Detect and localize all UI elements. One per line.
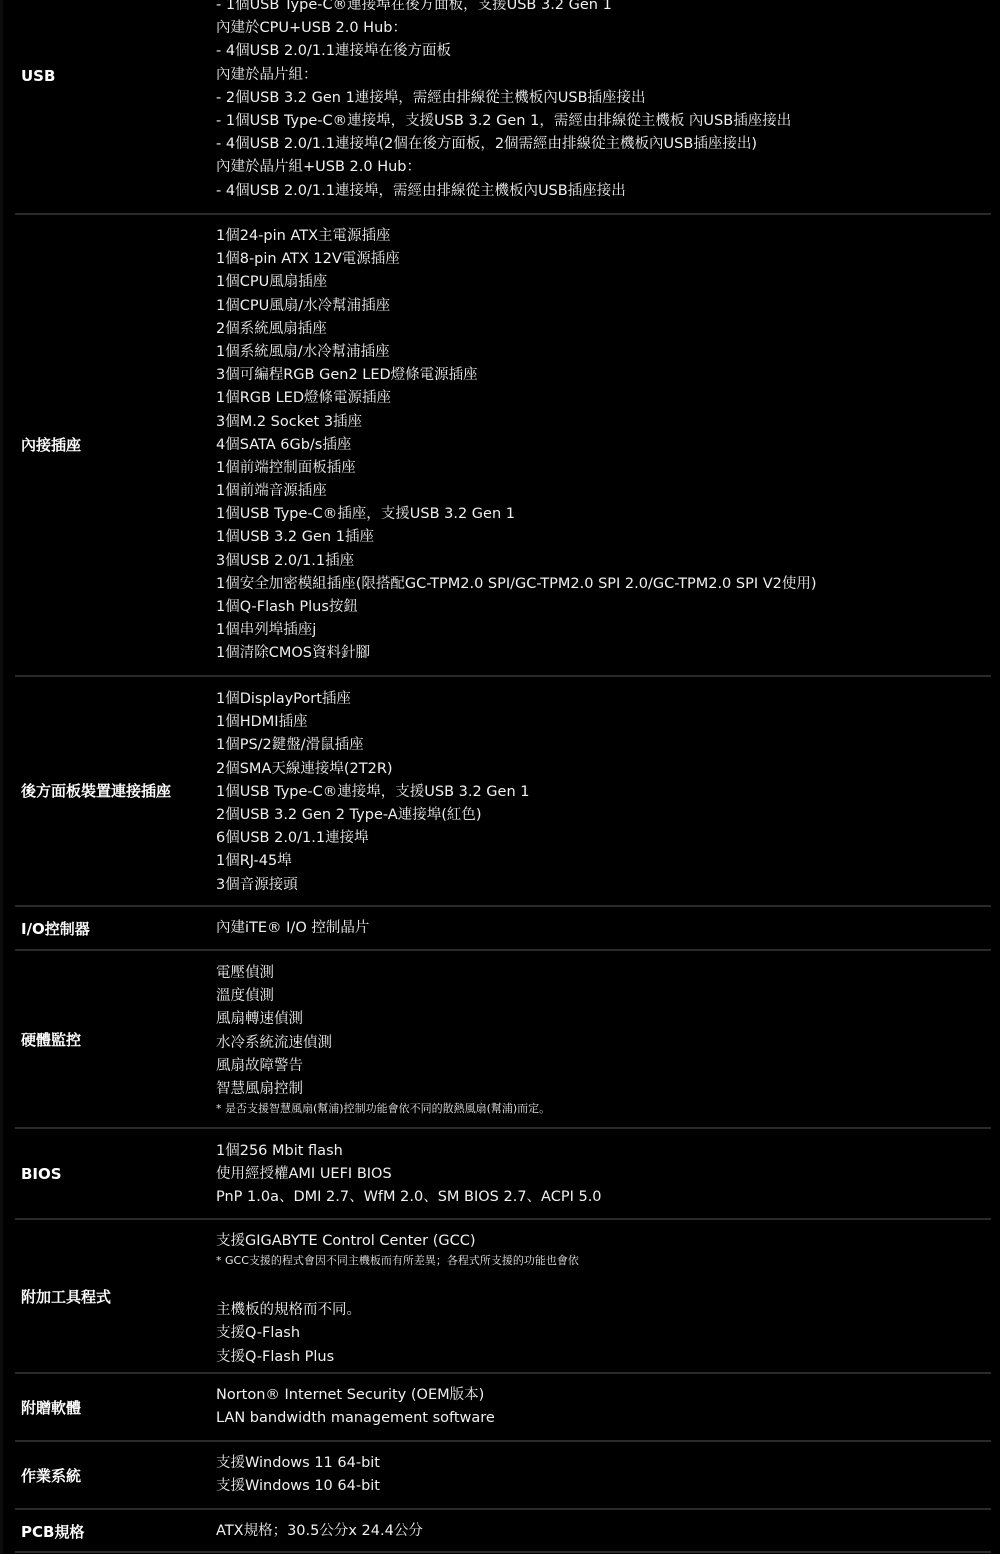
spacer [216,1269,991,1299]
spec-line: 3個音源接頭 [216,874,991,897]
spec-line: 1個24-pin ATX主電源插座 [216,225,991,248]
spec-line: 2個SMA天線連接埠(2T2R) [216,758,991,781]
spec-row-rear-panel: 後方面板裝置連接插座 1個DisplayPort插座 1個HDMI插座 1個PS… [15,677,991,907]
spec-line: 1個PS/2鍵盤/滑鼠插座 [216,734,991,757]
spec-row-hardware-monitor: 硬體監控 電壓偵測 溫度偵測 風扇轉速偵測 水冷系統流速偵測 風扇故障警告 智慧… [15,951,991,1129]
spec-line: 1個256 Mbit flash [216,1140,991,1163]
spec-label: 後方面板裝置連接插座 [21,781,171,801]
spec-line: 2個USB 3.2 Gen 2 Type-A連接埠(紅色) [216,804,991,827]
spec-line: ATX規格；30.5公分x 24.4公分 [216,1520,991,1543]
spec-label: I/O控制器 [21,919,90,939]
spec-line: 1個RGB LED燈條電源插座 [216,387,991,410]
spec-label: PCB規格 [21,1522,84,1542]
spec-label: 附加工具程式 [21,1287,111,1307]
spec-line: 支援GIGABYTE Control Center (GCC) [216,1230,991,1253]
spec-line: 1個8-pin ATX 12V電源插座 [216,248,991,271]
spec-line: 風扇轉速偵測 [216,1008,991,1031]
spec-values: - 1個USB Type-C®連接埠在後方面板，支援USB 3.2 Gen 1 … [216,0,991,203]
spec-values: 內建iTE® I/O 控制晶片 [216,917,991,940]
spec-label: 附贈軟體 [21,1398,81,1418]
spec-line: 主機板的規格而不同。 [216,1299,991,1322]
spec-line: 支援Q-Flash [216,1322,991,1345]
spec-footnote: * 是否支援智慧風扇(幫浦)控制功能會依不同的散熱風扇(幫浦)而定。 [216,1101,991,1117]
spec-label: BIOS [21,1164,62,1184]
spec-line: 2個系統風扇插座 [216,318,991,341]
spec-label: USB [21,66,55,86]
spec-line: 3個M.2 Socket 3插座 [216,411,991,434]
spec-line: 1個前端控制面板插座 [216,457,991,480]
spec-line: 內建於CPU+USB 2.0 Hub： [216,17,991,40]
spec-line: 溫度偵測 [216,985,991,1008]
spec-row-internal-connectors: 內接插座 1個24-pin ATX主電源插座 1個8-pin ATX 12V電源… [15,215,991,677]
spec-values: Norton® Internet Security (OEM版本) LAN ba… [216,1384,991,1430]
spec-line: 內建於晶片組+USB 2.0 Hub： [216,156,991,179]
spec-label: 作業系統 [21,1466,81,1486]
spec-line: 支援Windows 11 64-bit [216,1452,991,1475]
spec-line: Norton® Internet Security (OEM版本) [216,1384,991,1407]
spec-line: 1個CPU風扇/水冷幫浦插座 [216,295,991,318]
spec-line: 3個可編程RGB Gen2 LED燈條電源插座 [216,364,991,387]
spec-line: 支援Q-Flash Plus [216,1346,991,1369]
spec-line: 風扇故障警告 [216,1055,991,1078]
spec-line: 1個清除CMOS資料針腳 [216,642,991,665]
spec-line: 1個RJ-45埠 [216,850,991,873]
spec-line: 1個系統風扇/水冷幫浦插座 [216,341,991,364]
spec-values: 支援Windows 11 64-bit 支援Windows 10 64-bit [216,1452,991,1498]
spec-footnote: * GCC支援的程式會因不同主機板而有所差異；各程式所支援的功能也會依 [216,1253,991,1269]
spec-row-io-controller: I/O控制器 內建iTE® I/O 控制晶片 [15,907,991,951]
spec-line: 內建於晶片組： [216,64,991,87]
spec-values: 1個256 Mbit flash 使用經授權AMI UEFI BIOS PnP … [216,1140,991,1210]
spec-values: 支援GIGABYTE Control Center (GCC) * GCC支援的… [216,1230,991,1369]
spec-label: 內接插座 [21,435,81,455]
spec-line: 1個Q-Flash Plus按鈕 [216,596,991,619]
spec-line: 1個前端音源插座 [216,480,991,503]
spec-values: 1個DisplayPort插座 1個HDMI插座 1個PS/2鍵盤/滑鼠插座 2… [216,688,991,897]
spec-row-bundled-software: 附贈軟體 Norton® Internet Security (OEM版本) L… [15,1374,991,1442]
spec-line: 電壓偵測 [216,962,991,985]
spec-line: 6個USB 2.0/1.1連接埠 [216,827,991,850]
spec-line: 使用經授權AMI UEFI BIOS [216,1163,991,1186]
spec-line: - 2個USB 3.2 Gen 1連接埠，需經由排線從主機板內USB插座接出 [216,87,991,110]
spec-row-operating-system: 作業系統 支援Windows 11 64-bit 支援Windows 10 64… [15,1442,991,1510]
spec-line: 1個USB Type-C®連接埠，支援USB 3.2 Gen 1 [216,781,991,804]
spec-line: - 1個USB Type-C®連接埠，支援USB 3.2 Gen 1，需經由排線… [216,110,991,133]
page-frame: USB - 1個USB Type-C®連接埠在後方面板，支援USB 3.2 Ge… [0,0,1000,1554]
spec-line: 3個USB 2.0/1.1插座 [216,550,991,573]
spec-line: 1個USB Type-C®插座，支援USB 3.2 Gen 1 [216,503,991,526]
spec-values: 1個24-pin ATX主電源插座 1個8-pin ATX 12V電源插座 1個… [216,225,991,666]
spec-line: 支援Windows 10 64-bit [216,1475,991,1498]
spec-label: 硬體監控 [21,1030,81,1050]
spec-line: PnP 1.0a、DMI 2.7、WfM 2.0、SM BIOS 2.7、ACP… [216,1186,991,1209]
spec-line: 1個DisplayPort插座 [216,688,991,711]
spec-line: 1個USB 3.2 Gen 1插座 [216,526,991,549]
spec-row-usb: USB - 1個USB Type-C®連接埠在後方面板，支援USB 3.2 Ge… [15,0,991,215]
spec-row-utilities: 附加工具程式 支援GIGABYTE Control Center (GCC) *… [15,1220,991,1374]
spec-line: - 4個USB 2.0/1.1連接埠，需經由排線從主機板內USB插座接出 [216,180,991,203]
spec-row-bios: BIOS 1個256 Mbit flash 使用經授權AMI UEFI BIOS… [15,1129,991,1220]
spec-values: ATX規格；30.5公分x 24.4公分 [216,1520,991,1543]
spec-line: 1個HDMI插座 [216,711,991,734]
spec-line: 4個SATA 6Gb/s插座 [216,434,991,457]
spec-line: - 4個USB 2.0/1.1連接埠在後方面板 [216,40,991,63]
spec-line: 內建iTE® I/O 控制晶片 [216,917,991,940]
spec-line: 1個CPU風扇插座 [216,271,991,294]
spec-line: LAN bandwidth management software [216,1407,991,1430]
spec-row-pcb: PCB規格 ATX規格；30.5公分x 24.4公分 [15,1510,991,1553]
spec-line: 1個串列埠插座j [216,619,991,642]
spec-line: - 1個USB Type-C®連接埠在後方面板，支援USB 3.2 Gen 1 [216,0,991,17]
spec-line: - 4個USB 2.0/1.1連接埠(2個在後方面板，2個需經由排線從主機板內U… [216,133,991,156]
spec-line: 智慧風扇控制 [216,1078,991,1101]
spec-line: 水冷系統流速偵測 [216,1032,991,1055]
spec-values: 電壓偵測 溫度偵測 風扇轉速偵測 水冷系統流速偵測 風扇故障警告 智慧風扇控制 … [216,962,991,1117]
spec-line: 1個安全加密模組插座(限搭配GC-TPM2.0 SPI/GC-TPM2.0 SP… [216,573,991,596]
